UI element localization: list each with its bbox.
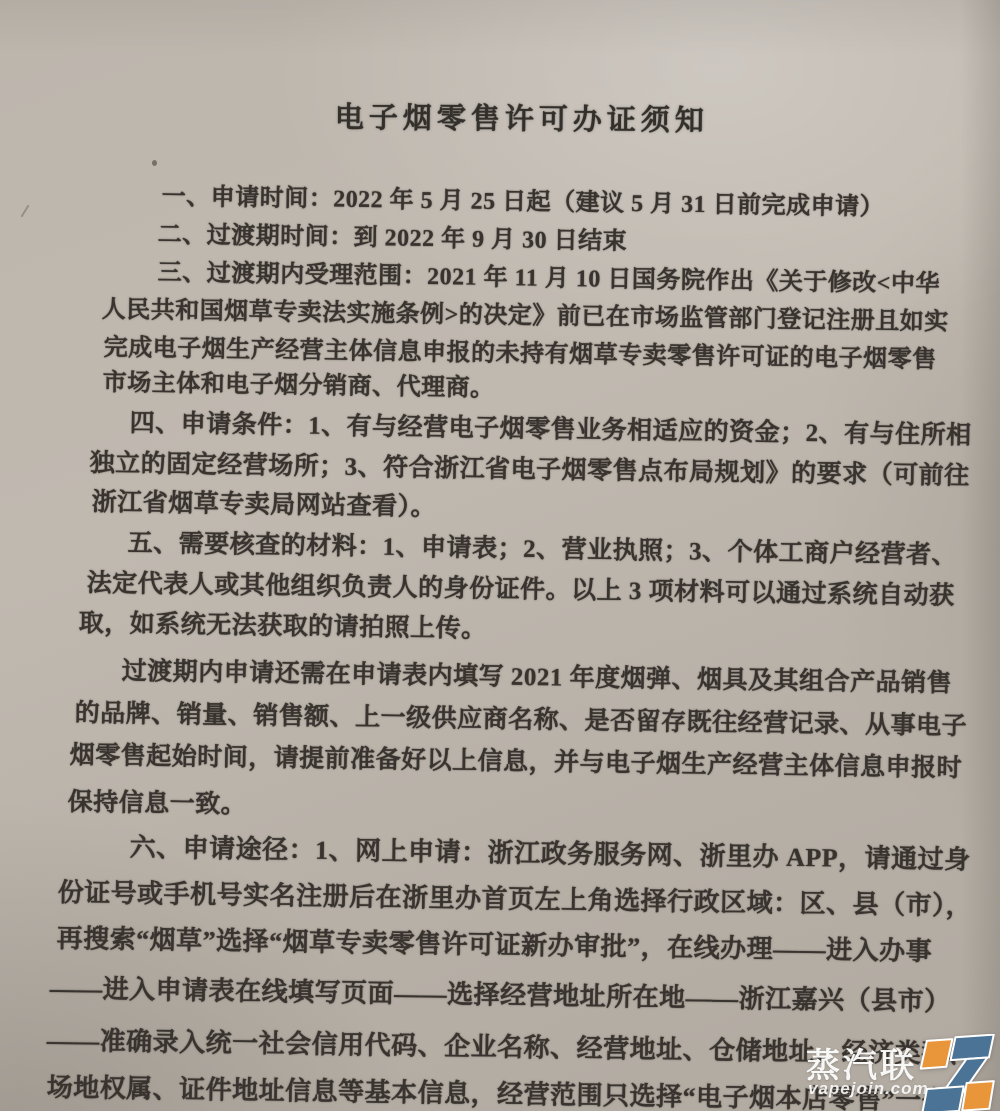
document-line: 浙江省烟草专卖局网站查看）。 [91,482,436,523]
document-line: 保持信息一致。 [67,782,246,821]
photo-speck [152,160,157,166]
document-line: 的品牌、销量、销售额、上一级供应商名称、是否留存既往经营记录、从事电子 [74,693,967,742]
document-line: 过渡期内申请还需在申请表内填写 2021 年度烟弹、烟具及其组合产品销售 [121,651,952,699]
watermark: 蒸汽联 vapejoin.com [800,1032,1000,1111]
document-line: 市场主体和电子烟分销商、代理商。 [102,362,494,403]
document-line: 二、过渡期时间：到 2022 年 9 月 30 日结束 [157,214,627,256]
document-line: 再搜索“烟草”选择“烟草专卖零售许可证新办审批”，在线办理——进入办事 [56,918,932,968]
document-line: 五、需要核查的材料：1、申请表；2、营业执照；3、个体工商户经营者、 [127,523,957,571]
document-line: 四、申请条件：1、有与经营电子烟零售业务相适应的资金；2、有与住所相 [129,403,971,451]
document-line: 六、申请途径：1、网上申请：浙江政务服务网、浙里办 APP，请通过身 [129,827,971,876]
photo-speck [20,205,29,218]
document-line: 烟零售起始时间，请提前准备好以上信息，并与电子烟生产经营主体信息申报时 [69,735,962,784]
watermark-url-text: vapejoin.com [808,1079,929,1099]
watermark-logo-icon [918,1034,998,1111]
document-line: ——进入申请表在线填写页面——选择经营地址所在地——浙江嘉兴（县市） [49,968,950,1018]
page-title: 电子烟零售许可办证须知 [335,95,709,139]
document-line: 取，如系统无法获取的请拍照上传。 [78,603,487,645]
document-line: 份证号或手机号实名注册后在浙里办首页左上角选择行政区域：区、县（市）， [57,872,972,923]
photographed-document: 电子烟零售许可办证须知 一、申请时间：2022 年 5 月 25 日起（建议 5… [0,0,1000,1111]
